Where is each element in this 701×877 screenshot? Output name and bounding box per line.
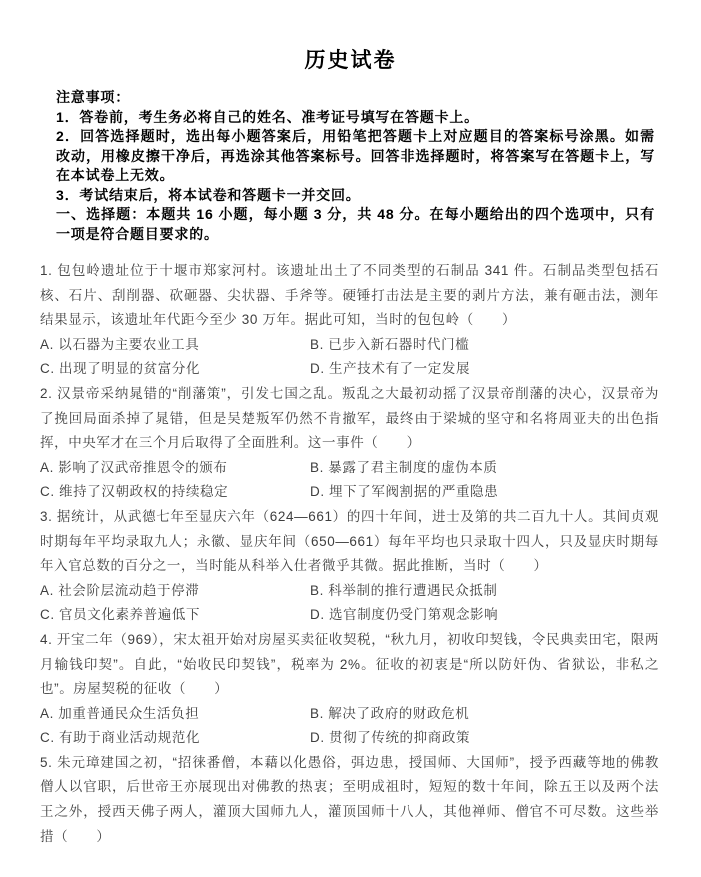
question-3-stem: 3. 据统计，从武德七年至显庆六年（624—661）的四十年间，进士及第的共二百…: [40, 505, 659, 579]
question-2-option-d: D. 埋下了军阀割据的严重隐患: [310, 480, 659, 505]
notice-item-1: 1．答卷前，考生务必将自己的姓名、准考证号填写在答题卡上。: [56, 108, 655, 128]
question-3-option-a: A. 社会阶层流动趋于停滞: [40, 579, 310, 604]
question-1-options: A. 以石器为主要农业工具 B. 已步入新石器时代门槛 C. 出现了明显的贫富分…: [40, 333, 659, 382]
question-4-option-a: A. 加重普通民众生活负担: [40, 702, 310, 727]
question-2: 2. 汉景帝采纳晁错的“削藩策”，引发七国之乱。叛乱之大最初动摇了汉景帝削藩的决…: [40, 382, 659, 505]
question-4-option-c: C. 有助于商业活动规范化: [40, 726, 310, 751]
question-1-option-a: A. 以石器为主要农业工具: [40, 333, 310, 358]
question-3-option-b: B. 科举制的推行遭遇民众抵制: [310, 579, 659, 604]
notice-heading: 注意事项：: [56, 88, 655, 108]
paper-title: 历史试卷: [0, 44, 701, 74]
question-4-option-b: B. 解决了政府的财政危机: [310, 702, 659, 727]
question-3-option-c: C. 官员文化素养普遍低下: [40, 603, 310, 628]
question-4-options: A. 加重普通民众生活负担 B. 解决了政府的财政危机 C. 有助于商业活动规范…: [40, 702, 659, 751]
question-2-option-c: C. 维持了汉朝政权的持续稳定: [40, 480, 310, 505]
question-4-stem: 4. 开宝二年（969），宋太祖开始对房屋买卖征收契税，“秋九月，初收印契钱，令…: [40, 628, 659, 702]
question-4-option-d: D. 贯彻了传统的抑商政策: [310, 726, 659, 751]
question-3: 3. 据统计，从武德七年至显庆六年（624—661）的四十年间，进士及第的共二百…: [40, 505, 659, 628]
question-1-stem: 1. 包包岭遗址位于十堰市郑家河村。该遗址出土了不同类型的石制品 341 件。石…: [40, 259, 659, 333]
question-3-option-d: D. 选官制度仍受门第观念影响: [310, 603, 659, 628]
question-1: 1. 包包岭遗址位于十堰市郑家河村。该遗址出土了不同类型的石制品 341 件。石…: [40, 259, 659, 382]
question-4: 4. 开宝二年（969），宋太祖开始对房屋买卖征收契税，“秋九月，初收印契钱，令…: [40, 628, 659, 751]
notice-section: 注意事项： 1．答卷前，考生务必将自己的姓名、准考证号填写在答题卡上。 2．回答…: [0, 88, 701, 244]
question-1-option-d: D. 生产技术有了一定发展: [310, 357, 659, 382]
question-5: 5. 朱元璋建国之初，“招徕番僧，本藉以化愚俗，弭边患，授国师、大国师”，授予西…: [40, 751, 659, 849]
question-1-option-b: B. 已步入新石器时代门槛: [310, 333, 659, 358]
question-2-stem: 2. 汉景帝采纳晁错的“削藩策”，引发七国之乱。叛乱之大最初动摇了汉景帝削藩的决…: [40, 382, 659, 456]
question-2-options: A. 影响了汉武帝推恩令的颁布 B. 暴露了君主制度的虚伪本质 C. 维持了汉朝…: [40, 456, 659, 505]
question-2-option-a: A. 影响了汉武帝推恩令的颁布: [40, 456, 310, 481]
exam-paper-page: 历史试卷 注意事项： 1．答卷前，考生务必将自己的姓名、准考证号填写在答题卡上。…: [0, 0, 701, 877]
notice-item-2: 2．回答选择题时，选出每小题答案后，用铅笔把答题卡上对应题目的答案标号涂黑。如需…: [56, 127, 655, 186]
question-3-options: A. 社会阶层流动趋于停滞 B. 科举制的推行遭遇民众抵制 C. 官员文化素养普…: [40, 579, 659, 628]
section-heading: 一、选择题：本题共 16 小题，每小题 3 分，共 48 分。在每小题给出的四个…: [56, 205, 655, 244]
question-1-option-c: C. 出现了明显的贫富分化: [40, 357, 310, 382]
notice-item-3: 3．考试结束后，将本试卷和答题卡一并交回。: [56, 186, 655, 206]
question-2-option-b: B. 暴露了君主制度的虚伪本质: [310, 456, 659, 481]
questions-section: 1. 包包岭遗址位于十堰市郑家河村。该遗址出土了不同类型的石制品 341 件。石…: [0, 259, 701, 849]
question-5-stem: 5. 朱元璋建国之初，“招徕番僧，本藉以化愚俗，弭边患，授国师、大国师”，授予西…: [40, 751, 659, 849]
